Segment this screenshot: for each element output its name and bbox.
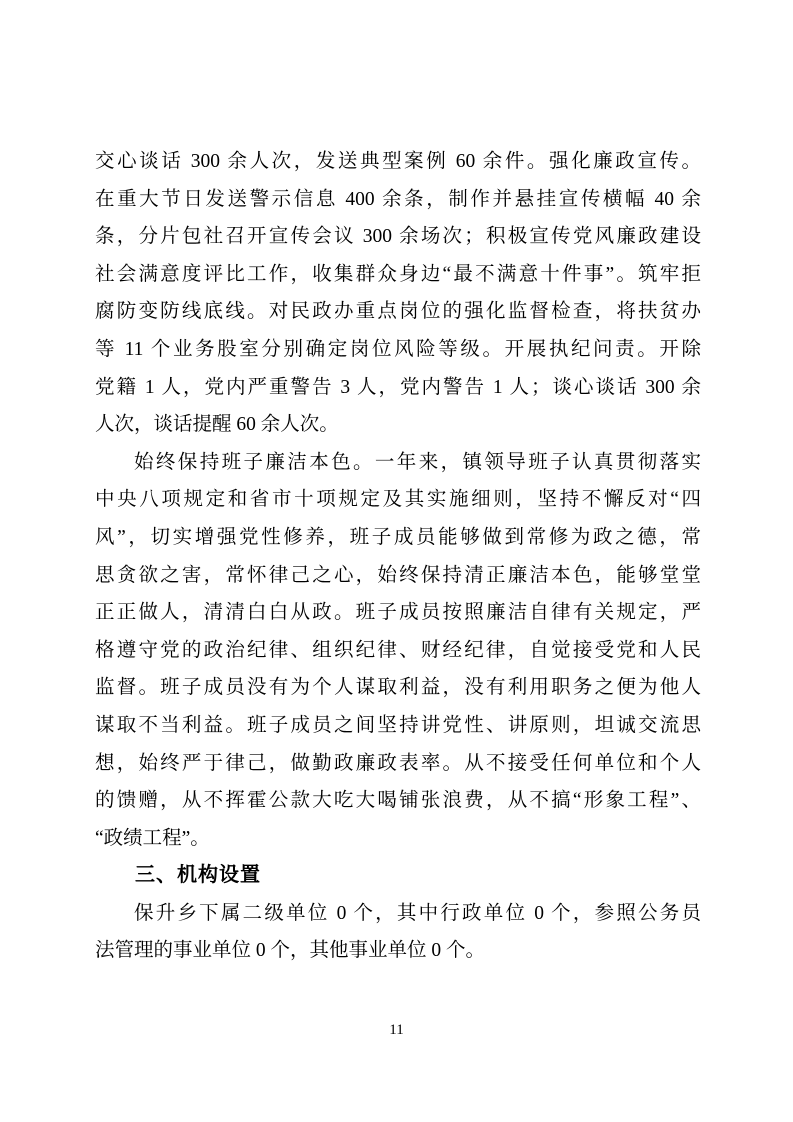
paragraph-leadership-integrity: 始终保持班子廉洁本色。一年来，镇领导班子认真贯彻落实中央八项规定和省市十项规定及…: [95, 444, 701, 858]
text-line: 在重大节日发送警示信息 400 余条，制作并悬挂宣传横幅 40 余: [95, 181, 701, 219]
text-line: 的馈赠，从不挥霍公款大吃大喝铺张浪费，从不搞“形象工程”、: [95, 782, 701, 820]
text-line: 人次，谈话提醒 60 余人次。: [95, 406, 701, 444]
document-page: 交心谈话 300 余人次，发送典型案例 60 余件。强化廉政宣传。在重大节日发送…: [0, 0, 793, 1122]
page-number: 11: [389, 1022, 403, 1038]
text-line: 腐防变防线底线。对民政办重点岗位的强化监督检查，将扶贫办: [95, 293, 701, 331]
text-line: 始终保持班子廉洁本色。一年来，镇领导班子认真贯彻落实: [95, 444, 701, 482]
text-line: 交心谈话 300 余人次，发送典型案例 60 余件。强化廉政宣传。: [95, 143, 701, 181]
text-line: 中央八项规定和省市十项规定及其实施细则，坚持不懈反对“四: [95, 481, 701, 519]
page-footer: 11: [0, 1021, 793, 1039]
text-line: 谋取不当利益。班子成员之间坚持讲党性、讲原则，坦诚交流思: [95, 707, 701, 745]
text-line: 监督。班子成员没有为个人谋取利益，没有利用职务之便为他人: [95, 669, 701, 707]
text-line: 思贪欲之害，常怀律己之心，始终保持清正廉洁本色，能够堂堂: [95, 557, 701, 595]
paragraph-subordinate-units: 保升乡下属二级单位 0 个，其中行政单位 0 个，参照公务员法管理的事业单位 0…: [95, 895, 701, 970]
text-line: 想，始终严于律己，做勤政廉政表率。从不接受任何单位和个人: [95, 745, 701, 783]
heading-section-three-organization: 三、机构设置: [95, 857, 701, 895]
text-line: 等 11 个业务股室分别确定岗位风险等级。开展执纪问责。开除: [95, 331, 701, 369]
text-line: 法管理的事业单位 0 个，其他事业单位 0 个。: [95, 932, 701, 970]
text-line: 党籍 1 人，党内严重警告 3 人，党内警告 1 人；谈心谈话 300 余: [95, 369, 701, 407]
text-line: 三、机构设置: [95, 857, 701, 895]
text-line: 风”，切实增强党性修养，班子成员能够做到常修为政之德，常: [95, 519, 701, 557]
text-line: “政绩工程”。: [95, 820, 701, 858]
document-content: 交心谈话 300 余人次，发送典型案例 60 余件。强化廉政宣传。在重大节日发送…: [95, 143, 701, 970]
text-line: 保升乡下属二级单位 0 个，其中行政单位 0 个，参照公务员: [95, 895, 701, 933]
text-line: 条，分片包社召开宣传会议 300 余场次；积极宣传党风廉政建设: [95, 218, 701, 256]
text-line: 社会满意度评比工作，收集群众身边“最不满意十件事”。筑牢拒: [95, 256, 701, 294]
text-line: 正正做人，清清白白从政。班子成员按照廉洁自律有关规定，严: [95, 594, 701, 632]
paragraph-discipline-supervision: 交心谈话 300 余人次，发送典型案例 60 余件。强化廉政宣传。在重大节日发送…: [95, 143, 701, 444]
text-line: 格遵守党的政治纪律、组织纪律、财经纪律，自觉接受党和人民: [95, 632, 701, 670]
